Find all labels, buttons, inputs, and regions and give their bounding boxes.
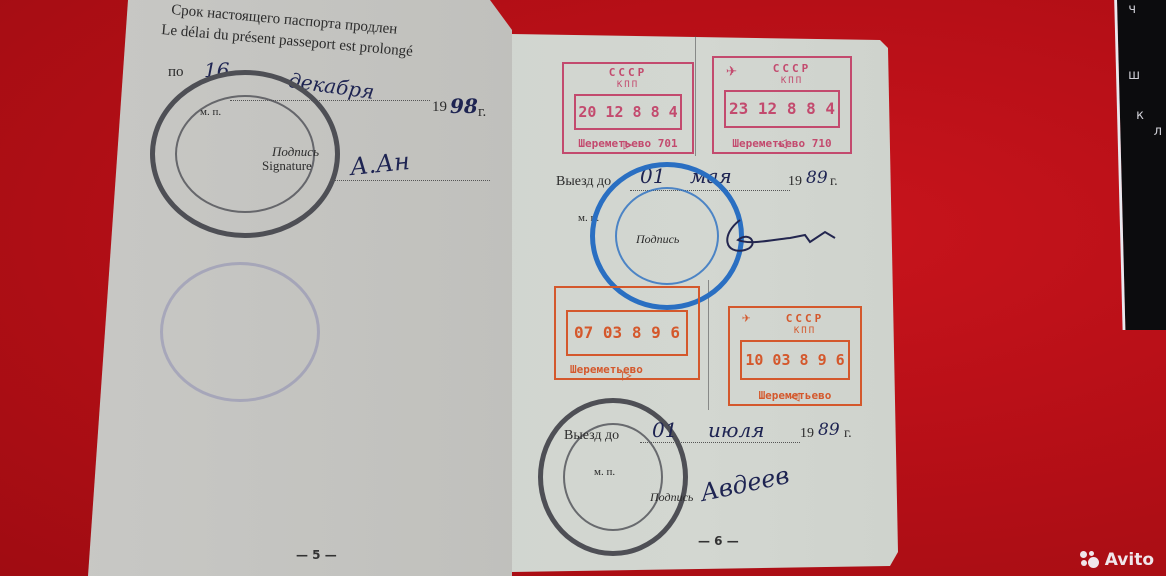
page-number-6: — 6 — — [698, 534, 739, 548]
keyboard-edge — [1096, 0, 1166, 330]
handwritten-year: 89 — [806, 168, 828, 188]
border-stamp-entry-1: СССР КПП 20 12 8 8 4 ▷ Шереметьево 701 — [562, 62, 694, 154]
airplane-icon: ✈ — [742, 310, 750, 326]
avito-logo-icon — [1080, 551, 1100, 569]
airplane-icon: ✈ — [726, 60, 737, 81]
year-suffix: г. — [830, 174, 838, 190]
signature-label: Подпись — [636, 232, 679, 247]
year-prefix: 19 — [800, 426, 814, 442]
stamp-place: Шереметьево — [736, 389, 854, 402]
stamp-place: Шереметьево 701 — [570, 137, 686, 150]
avito-label: Avito — [1105, 550, 1154, 570]
mp-label: м. п. — [594, 466, 615, 478]
exit-label-2: Выезд до — [564, 428, 619, 444]
handwritten-year: 98 — [450, 94, 478, 118]
key-letter: ч — [1128, 2, 1136, 17]
po-label: по — [168, 64, 184, 81]
year-suffix: г. — [844, 426, 852, 442]
handwritten-month: июля — [708, 418, 764, 442]
year-prefix: 19 — [432, 99, 447, 116]
faint-seal-imprint — [160, 262, 320, 402]
key-letter: ш — [1128, 68, 1140, 83]
handwritten-day: 01 — [652, 418, 677, 442]
handwritten-signature-scribble — [710, 210, 840, 270]
signature-line — [330, 180, 490, 181]
signature-label: Подпись — [650, 490, 693, 505]
key-letter: л — [1154, 124, 1162, 139]
stamp-date: 23 12 8 8 4 ◁ — [724, 90, 840, 128]
year-suffix: г. — [478, 104, 486, 121]
stamp-date: 10 03 8 9 6 ◁ — [740, 340, 850, 380]
stamp-date: 20 12 8 8 4 ▷ — [574, 94, 682, 130]
year-prefix: 19 — [788, 174, 802, 190]
stamp-place: Шереметьево — [570, 363, 692, 376]
key-letter: к — [1136, 108, 1144, 123]
page-crease — [708, 280, 709, 410]
page-crease — [695, 36, 696, 156]
exit-label-1: Выезд до — [556, 174, 611, 190]
handwritten-year: 89 — [818, 420, 840, 440]
avito-watermark: Avito — [1080, 550, 1154, 570]
border-stamp-entry-2: 07 03 8 9 6 ▷ Шереметьево — [554, 286, 700, 380]
border-stamp-exit-1: СССР КПП ✈ 23 12 8 8 4 ◁ Шереметьево 710 — [712, 56, 852, 154]
stamp-date: 07 03 8 9 6 ▷ — [566, 310, 688, 356]
stamp-place: Шереметьево 710 — [720, 137, 844, 150]
date-line — [640, 442, 800, 443]
page-number-5: — 5 — — [296, 548, 337, 562]
border-stamp-exit-2: СССР КПП ✈ 10 03 8 9 6 ◁ Шереметьево — [728, 306, 862, 406]
signature-label-fr: Signature — [262, 158, 312, 174]
